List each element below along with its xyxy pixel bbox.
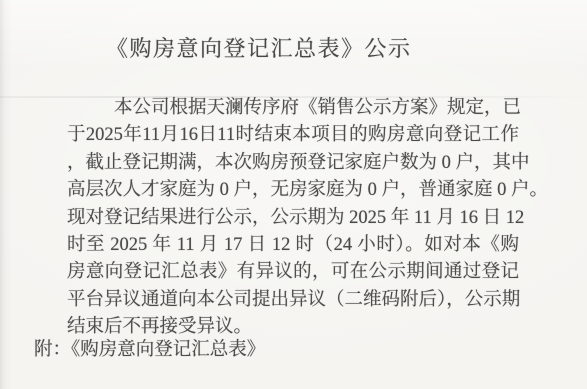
notice-page: 《购房意向登记汇总表》公示 本公司根据天澜传序府《销售公示方案》规定，已 于20… [0,0,587,389]
body-line: ，截止登记期满，本次购房预登记家庭户数为 0 户，其中 [67,150,519,177]
notice-title: 《购房意向登记汇总表》公示 [106,33,412,65]
body-line: 本公司根据天澜传序府《销售公示方案》规定，已 [67,95,519,122]
notice-body: 本公司根据天澜传序府《销售公示方案》规定，已 于2025年11月16日11时结束… [67,95,519,342]
body-line: 高层次人才家庭为 0 户，无房家庭为 0 户，普通家庭 0 户。 [67,177,519,204]
body-line: 房意向登记汇总表》有异议的，可在公示期间通过登记 [67,259,519,286]
body-line: 时至 2025 年 11 月 17 日 12 时（24 小时）。如对本《购 [67,232,519,259]
body-line: 平台异议通道向本公司提出异议（二维码附后），公示期 [67,287,519,314]
body-line: 现对登记结果进行公示，公示期为 2025 年 11 月 16 日 12 [67,205,519,232]
body-line: 于2025年11月16日11时结束本项目的购房意向登记工作 [67,122,519,149]
attachment-line: 附：《购房意向登记汇总表》 [34,337,265,364]
